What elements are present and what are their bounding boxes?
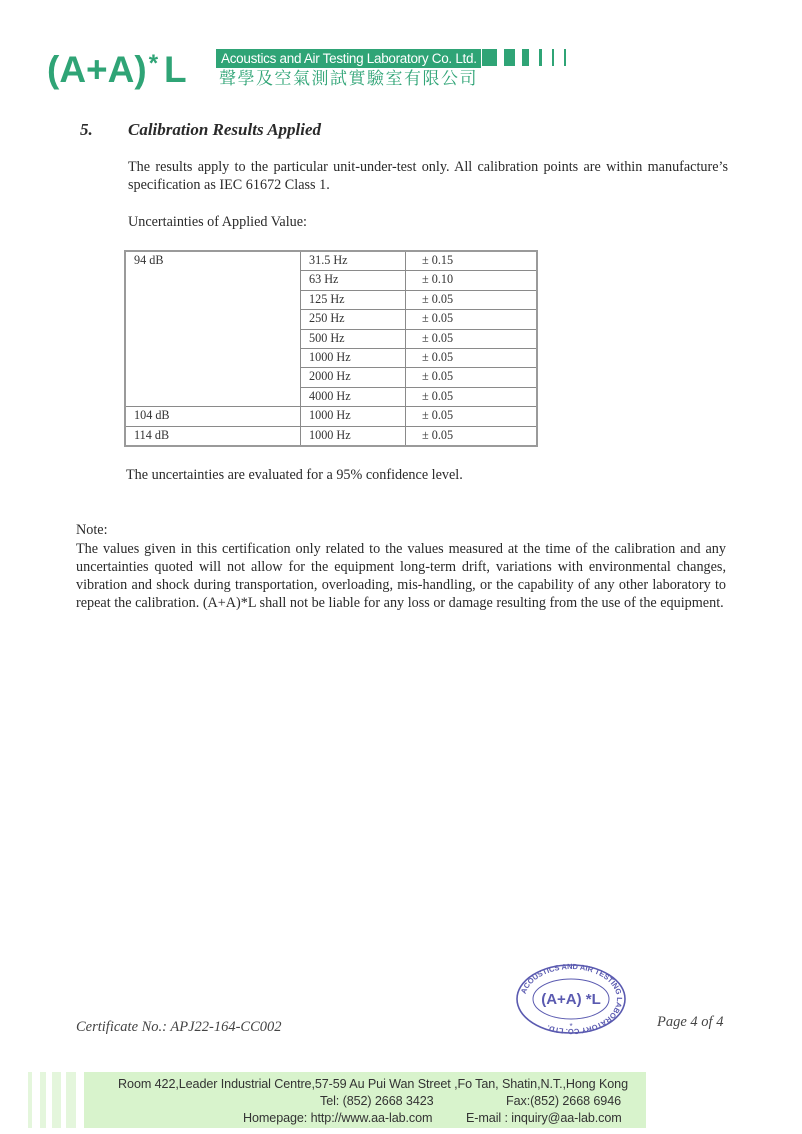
svg-text:*: * <box>569 1022 572 1031</box>
page-number: Page 4 of 4 <box>657 1014 723 1031</box>
frequency-cell: 2000 Hz <box>301 368 406 387</box>
uncertainty-cell: ± 0.05 <box>406 387 538 406</box>
frequency-cell: 125 Hz <box>301 290 406 309</box>
section-title: Calibration Results Applied <box>128 120 321 140</box>
uncertainty-cell: ± 0.10 <box>406 271 538 290</box>
stripe <box>52 1072 61 1128</box>
frequency-cell: 31.5 Hz <box>301 251 406 271</box>
sound-level-cell: 104 dB <box>125 407 301 426</box>
uncertainty-cell: ± 0.15 <box>406 251 538 271</box>
frequency-cell: 63 Hz <box>301 271 406 290</box>
frequency-cell: 1000 Hz <box>301 348 406 367</box>
note-text: The values given in this certification o… <box>76 540 726 612</box>
frequency-cell: 250 Hz <box>301 310 406 329</box>
logo-text: (A+A) <box>47 49 147 90</box>
note-label: Note: <box>76 521 726 539</box>
uncertainty-cell: ± 0.05 <box>406 310 538 329</box>
uncertainty-cell: ± 0.05 <box>406 407 538 426</box>
footer-tel: Tel: (852) 2668 3423 <box>320 1093 434 1110</box>
company-name-chinese: 聲學及空氣測試實驗室有限公司 <box>219 68 478 90</box>
stripe <box>504 49 515 66</box>
footer-email[interactable]: E-mail : inquiry@aa-lab.com <box>466 1110 622 1127</box>
frequency-cell: 1000 Hz <box>301 407 406 426</box>
frequency-cell: 500 Hz <box>301 329 406 348</box>
uncertainty-cell: ± 0.05 <box>406 329 538 348</box>
certificate-number: Certificate No.: APJ22-164-CC002 <box>76 1019 282 1036</box>
confidence-note: The uncertainties are evaluated for a 95… <box>126 466 726 484</box>
section-number: 5. <box>80 120 93 140</box>
uncertainty-table: 94 dB31.5 Hz± 0.1563 Hz± 0.10125 Hz± 0.0… <box>124 250 538 447</box>
stripe <box>522 49 529 66</box>
stripe <box>28 1072 32 1128</box>
stripe <box>66 1072 76 1128</box>
sound-level-cell: 94 dB <box>125 251 301 407</box>
company-stamp: ACOUSTICS AND AIR TESTING LABORATORY CO.… <box>515 963 627 1035</box>
uncertainty-cell: ± 0.05 <box>406 426 538 446</box>
frequency-cell: 4000 Hz <box>301 387 406 406</box>
sound-level-cell: 114 dB <box>125 426 301 446</box>
stripe <box>40 1072 46 1128</box>
table-caption: Uncertainties of Applied Value: <box>128 213 728 231</box>
logo-star: * <box>149 50 158 77</box>
company-name-english: Acoustics and Air Testing Laboratory Co.… <box>216 49 481 68</box>
stripe <box>482 49 497 66</box>
stripe <box>564 49 566 66</box>
company-logo: (A+A)*L <box>47 42 187 92</box>
uncertainty-cell: ± 0.05 <box>406 348 538 367</box>
table-row: 114 dB1000 Hz± 0.05 <box>125 426 537 446</box>
stripe <box>552 49 554 66</box>
footer-address: Room 422,Leader Industrial Centre,57-59 … <box>88 1076 628 1093</box>
table-row: 104 dB1000 Hz± 0.05 <box>125 407 537 426</box>
frequency-cell: 1000 Hz <box>301 426 406 446</box>
stripe <box>539 49 542 66</box>
footer-homepage[interactable]: Homepage: http://www.aa-lab.com <box>243 1110 432 1127</box>
uncertainty-cell: ± 0.05 <box>406 368 538 387</box>
uncertainty-cell: ± 0.05 <box>406 290 538 309</box>
section-intro: The results apply to the particular unit… <box>128 158 728 194</box>
table-row: 94 dB31.5 Hz± 0.15 <box>125 251 537 271</box>
footer-fax: Fax:(852) 2668 6946 <box>506 1093 621 1110</box>
logo-letter: L <box>164 49 187 90</box>
svg-text:(A+A) *L: (A+A) *L <box>541 991 601 1008</box>
